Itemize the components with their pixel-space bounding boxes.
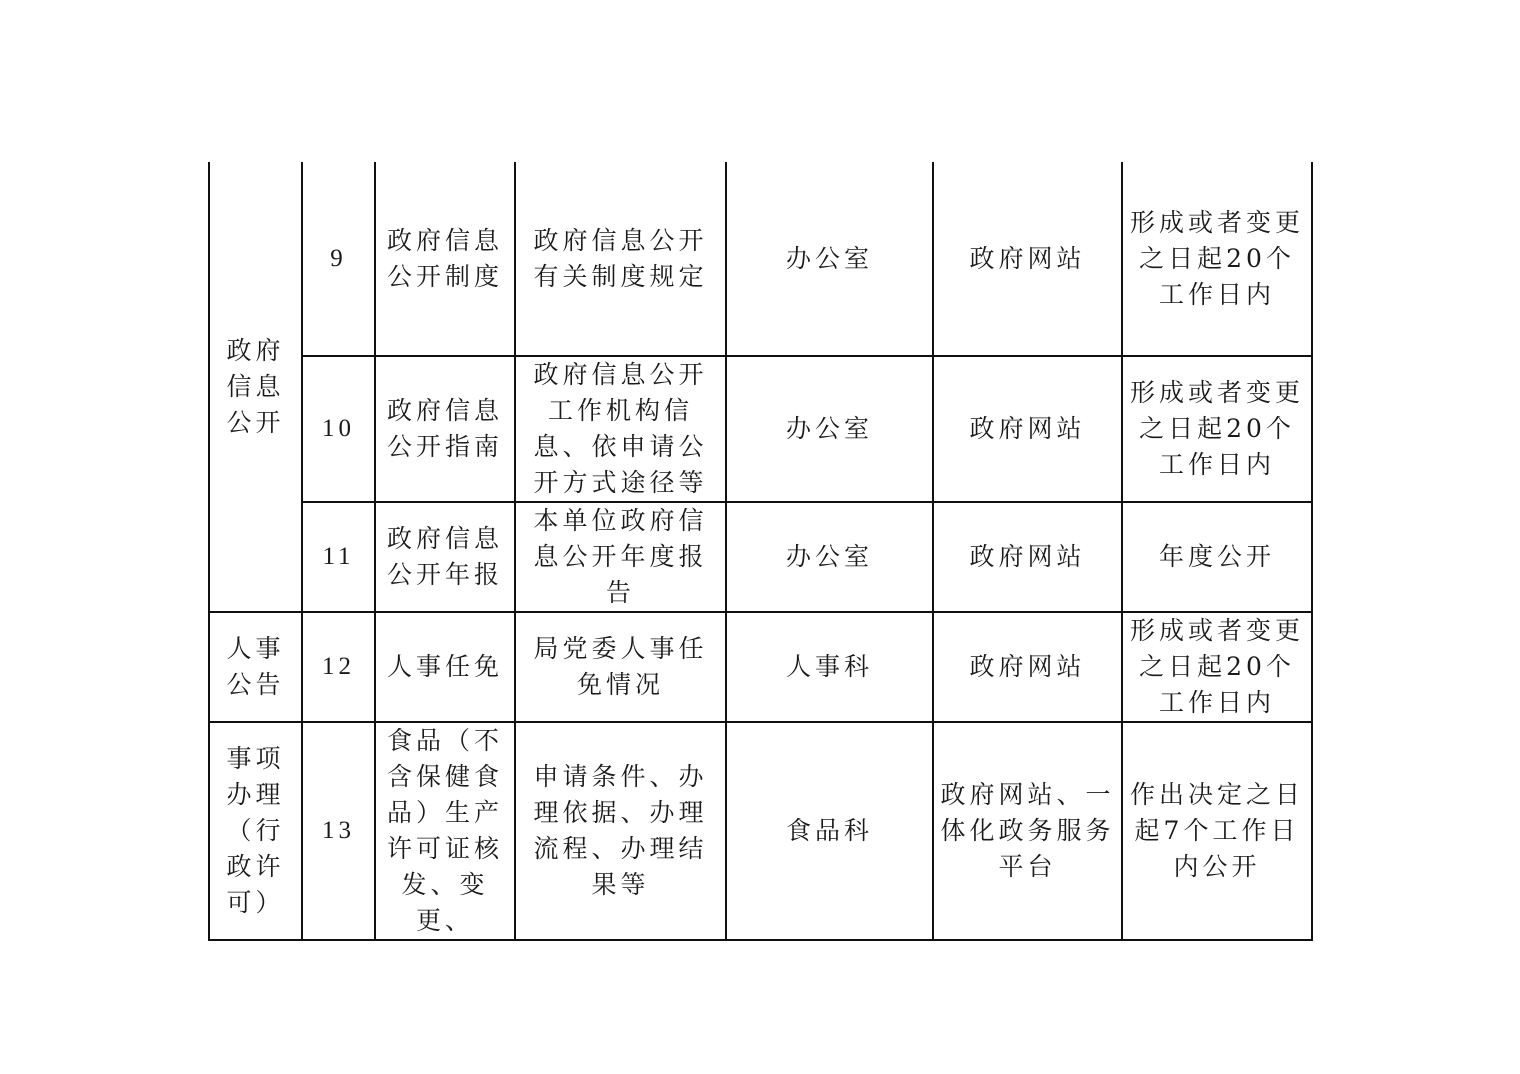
content-cell: 政府信息公开有关制度规定 [515, 162, 726, 356]
timing-cell: 作出决定之日起7个工作日内公开 [1122, 722, 1312, 940]
table-row: 10 政府信息公开指南 政府信息公开工作机构信息、依申请公开方式途径等 办公室 … [209, 356, 1312, 502]
row-number: 12 [302, 612, 375, 722]
row-number: 11 [302, 502, 375, 612]
channel-cell: 政府网站、一体化政务服务平台 [933, 722, 1122, 940]
item-cell: 政府信息公开指南 [375, 356, 515, 502]
channel-cell: 政府网站 [933, 162, 1122, 356]
item-cell: 政府信息公开制度 [375, 162, 515, 356]
department-cell: 办公室 [726, 502, 933, 612]
content-cell: 局党委人事任免情况 [515, 612, 726, 722]
department-cell: 办公室 [726, 162, 933, 356]
timing-cell: 年度公开 [1122, 502, 1312, 612]
category-cell: 人事公告 [209, 612, 302, 722]
table-row: 政府信息公开 9 政府信息公开制度 政府信息公开有关制度规定 办公室 政府网站 … [209, 162, 1312, 356]
channel-cell: 政府网站 [933, 356, 1122, 502]
content-cell: 本单位政府信息公开年度报告 [515, 502, 726, 612]
disclosure-table: 政府信息公开 9 政府信息公开制度 政府信息公开有关制度规定 办公室 政府网站 … [208, 162, 1313, 941]
timing-cell: 形成或者变更之日起20个工作日内 [1122, 162, 1312, 356]
department-cell: 人事科 [726, 612, 933, 722]
row-number: 10 [302, 356, 375, 502]
item-cell: 食品（不含保健食品）生产许可证核发、变更、 [375, 722, 515, 940]
row-number: 13 [302, 722, 375, 940]
table-row: 事项办理（行政许可） 13 食品（不含保健食品）生产许可证核发、变更、 申请条件… [209, 722, 1312, 940]
department-cell: 食品科 [726, 722, 933, 940]
category-cell: 政府信息公开 [209, 162, 302, 612]
table-row: 人事公告 12 人事任免 局党委人事任免情况 人事科 政府网站 形成或者变更之日… [209, 612, 1312, 722]
timing-cell: 形成或者变更之日起20个工作日内 [1122, 356, 1312, 502]
department-cell: 办公室 [726, 356, 933, 502]
timing-cell: 形成或者变更之日起20个工作日内 [1122, 612, 1312, 722]
table-row: 11 政府信息公开年报 本单位政府信息公开年度报告 办公室 政府网站 年度公开 [209, 502, 1312, 612]
content-cell: 申请条件、办理依据、办理流程、办理结果等 [515, 722, 726, 940]
content-cell: 政府信息公开工作机构信息、依申请公开方式途径等 [515, 356, 726, 502]
channel-cell: 政府网站 [933, 612, 1122, 722]
item-cell: 政府信息公开年报 [375, 502, 515, 612]
item-cell: 人事任免 [375, 612, 515, 722]
channel-cell: 政府网站 [933, 502, 1122, 612]
row-number: 9 [302, 162, 375, 356]
category-cell: 事项办理（行政许可） [209, 722, 302, 940]
